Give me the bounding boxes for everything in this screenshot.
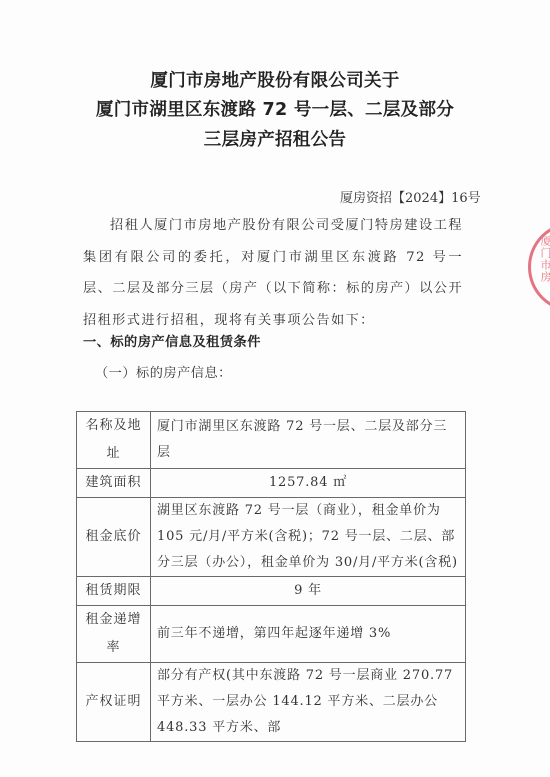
row-value-ownership: 部分有产权(其中东渡路 72 号一层商业 270.77 平方米、一层办公 144… [151,663,466,742]
stamp-text: 厦门市房 [537,235,550,283]
row-value-name-address: 厦门市湖里区东渡路 72 号一层、二层及部分三层 [151,412,466,469]
title-line-2: 厦门市湖里区东渡路 72 号一层、二层及部分 [0,100,550,120]
intro-paragraph: 招租人厦门市房地产股份有限公司受厦门特房建设工程集团有限公司的委托，对厦门市湖里… [83,210,463,336]
table-row: 租金递增率 前三年不递增，第四年起逐年递增 3% [77,606,466,663]
row-label-base-rent: 租金底价 [77,498,151,577]
row-label-escalation: 租金递增率 [77,606,151,663]
table-row: 租金底价 湖里区东渡路 72 号一层（商业），租金单价为 105 元/月/平方米… [77,498,466,577]
table-row: 名称及地址 厦门市湖里区东渡路 72 号一层、二层及部分三层 [77,412,466,469]
table-row: 租赁期限 9 年 [77,577,466,606]
document-number: 厦房资招【2024】16号 [340,190,481,208]
document-page: 厦门市房地产股份有限公司关于 厦门市湖里区东渡路 72 号一层、二层及部分 三层… [0,0,550,777]
row-label-name-address: 名称及地址 [77,412,151,469]
property-info-table: 名称及地址 厦门市湖里区东渡路 72 号一层、二层及部分三层 建筑面积 1257… [76,411,466,742]
row-value-area: 1257.84 ㎡ [151,469,466,498]
section-heading: 一、标的房产信息及租赁条件 [83,331,261,350]
subsection-heading: （一）标的房产信息： [95,362,232,381]
title-line-3: 三层房产招租公告 [0,130,550,150]
title-line-1: 厦门市房地产股份有限公司关于 [0,71,550,91]
red-seal-stamp: 厦门市房 [528,222,550,312]
table-row: 建筑面积 1257.84 ㎡ [77,469,466,498]
row-label-lease-term: 租赁期限 [77,577,151,606]
row-value-base-rent: 湖里区东渡路 72 号一层（商业），租金单价为 105 元/月/平方米(含税)；… [151,498,466,577]
row-label-area: 建筑面积 [77,469,151,498]
row-value-escalation: 前三年不递增，第四年起逐年递增 3% [151,606,466,663]
row-label-ownership: 产权证明 [77,663,151,742]
row-value-lease-term: 9 年 [151,577,466,606]
table-row: 产权证明 部分有产权(其中东渡路 72 号一层商业 270.77 平方米、一层办… [77,663,466,742]
